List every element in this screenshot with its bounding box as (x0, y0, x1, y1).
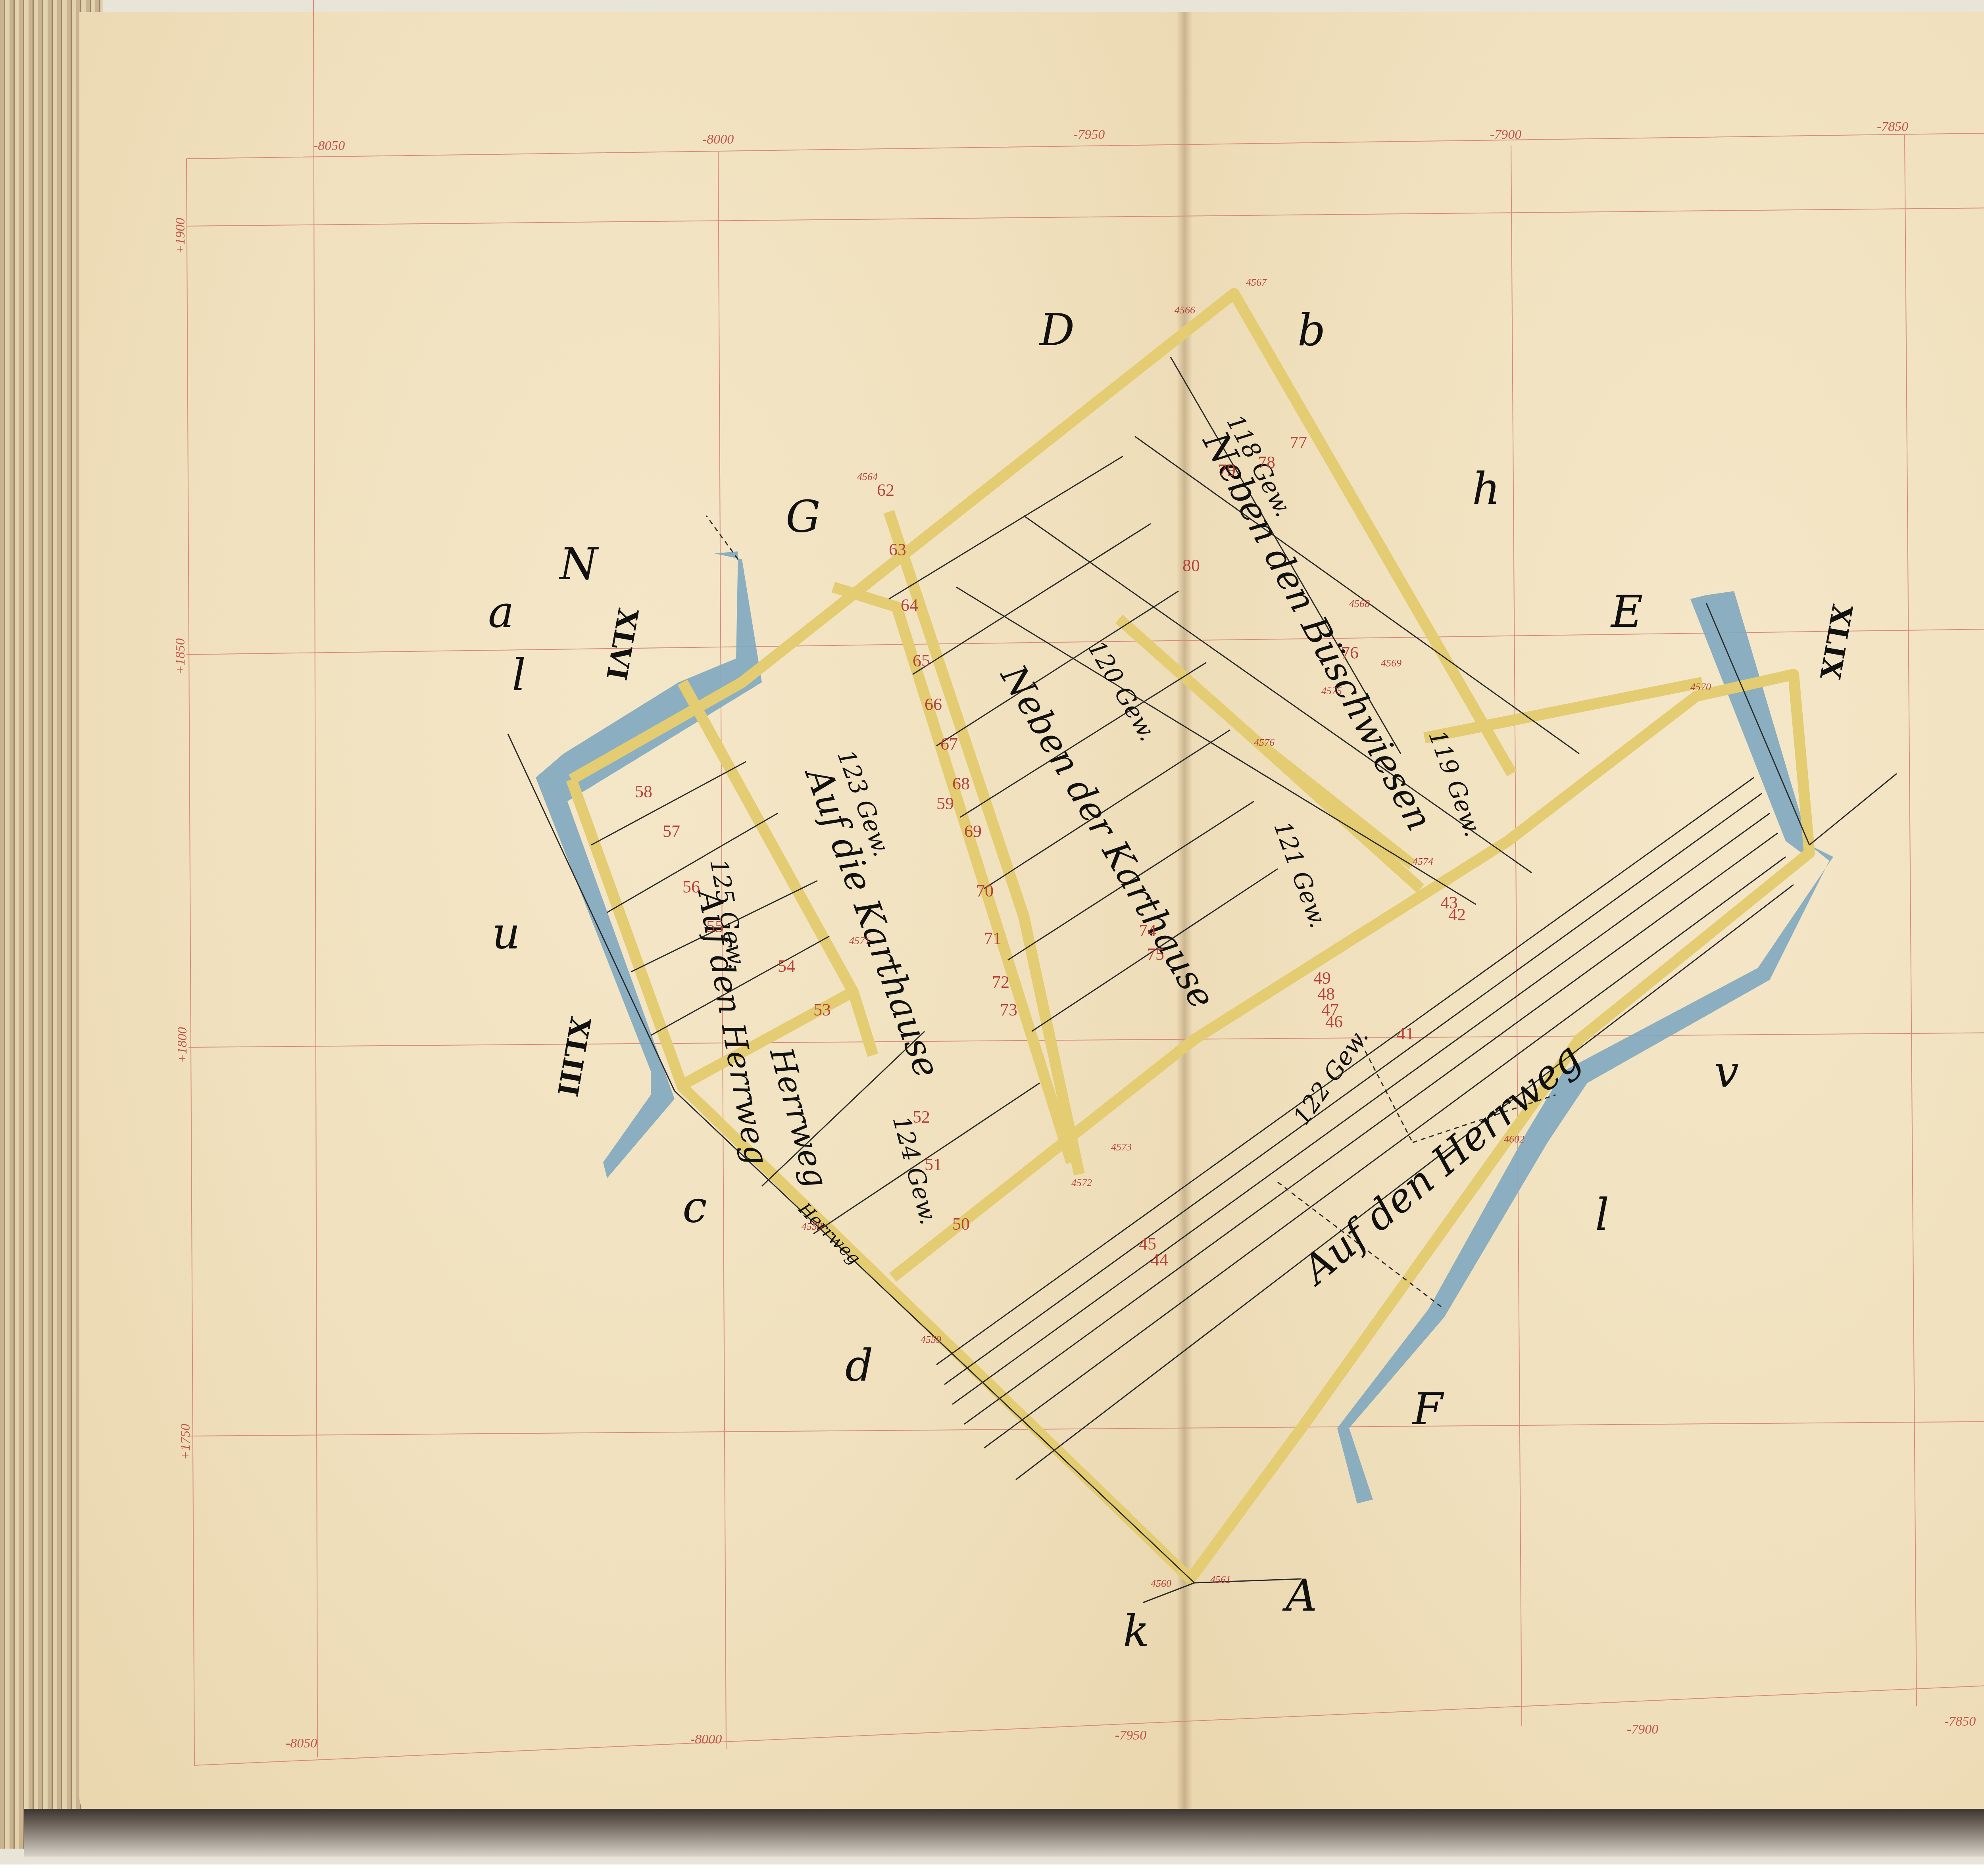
parcel-number: 43 (1440, 893, 1458, 912)
region-letter: A (1282, 1570, 1317, 1621)
cadastral-map: -8050 -8000 -7950 -7900 -7850 -8050 -800… (0, 0, 1984, 1864)
region-letter: b (1298, 305, 1325, 355)
parcel-number: 50 (952, 1214, 970, 1234)
grid-label-left: +1850 (173, 638, 188, 674)
region-letter: d (845, 1340, 873, 1391)
scanned-book-spread: -8050 -8000 -7950 -7900 -7850 -8050 -800… (0, 0, 1984, 1864)
northeast-stream (1690, 591, 1809, 853)
parcel-number: 55 (706, 917, 724, 936)
region-letter: a (488, 586, 514, 637)
grid-label-top: -7950 (1073, 127, 1105, 142)
survey-point: 4576 (1254, 737, 1275, 748)
field-area: 119 Gew. (1423, 726, 1487, 840)
survey-point: 4558 (802, 1221, 822, 1232)
parcel-number: 59 (936, 794, 954, 813)
survey-point: 4574 (1413, 856, 1433, 867)
parcel-number: 41 (1397, 1024, 1414, 1043)
region-letter: u (492, 908, 520, 958)
sheet-number: XLIX (1813, 602, 1859, 682)
parcel-number: 52 (913, 1107, 930, 1127)
survey-point: 4568 (1349, 598, 1370, 609)
parcel-number: 68 (952, 774, 970, 793)
parcel-number: 75 (1147, 945, 1164, 964)
field-area: 121 Gew. (1268, 818, 1332, 931)
field-name: Neben der Karthause (992, 657, 1223, 1016)
grid-label-left: +1750 (178, 1424, 193, 1460)
grid-label-top: -8050 (313, 138, 345, 153)
survey-point: 4573 (1111, 1141, 1132, 1153)
survey-point: 4566 (1175, 304, 1195, 316)
region-letter: v (1714, 1046, 1739, 1097)
region-letters: N G D b l E h k u c d F A v l a (488, 305, 1739, 1657)
survey-point: 4564 (857, 471, 878, 482)
parcel-number: 73 (1000, 1000, 1017, 1020)
survey-point: 4567 (1246, 277, 1267, 288)
parcel-number: 65 (913, 651, 930, 670)
region-letter: N (558, 539, 599, 589)
parcel-number: 64 (901, 595, 918, 615)
survey-point: 4561 (1210, 1574, 1231, 1585)
parcel-number: 80 (1182, 556, 1200, 575)
grid-label-bottom: -7950 (1115, 1728, 1146, 1743)
region-letter: D (1039, 305, 1075, 355)
grid-label-bottom: -8000 (690, 1732, 722, 1747)
field-name: Neben den Büschwiesen (1194, 424, 1440, 837)
parcel-number: 62 (877, 480, 894, 500)
region-letter: l (1595, 1189, 1609, 1240)
parcel-number: 66 (925, 695, 942, 714)
parcel-number: 76 (1341, 643, 1359, 662)
grid-label-top: -8000 (702, 132, 734, 147)
survey-point: 4572 (1071, 1177, 1092, 1189)
parcel-number: 51 (925, 1155, 942, 1174)
survey-point: 4602 (1504, 1133, 1525, 1145)
field-name-labels: Auf den Herrweg 125 Gew. Auf die Karthau… (690, 410, 1590, 1294)
survey-point: 4570 (1690, 681, 1711, 693)
survey-point: 4559 (921, 1334, 941, 1345)
grid-label-left: +1800 (175, 1027, 190, 1063)
field-area: 122 Gew. (1288, 1023, 1374, 1130)
region-letter: h (1472, 463, 1500, 514)
region-letter: c (682, 1181, 707, 1232)
grid-label-top: -7900 (1490, 127, 1521, 142)
sheet-number: XLVI (600, 606, 645, 683)
parcel-number: 69 (964, 822, 982, 841)
parcel-number: 54 (778, 956, 795, 976)
parcel-number: 71 (984, 929, 1002, 948)
survey-point: 4571 (849, 935, 870, 947)
survey-point: 4575 (1321, 685, 1342, 697)
parcel-number: 70 (976, 881, 994, 901)
road-name: Herrweg (794, 1198, 865, 1269)
parcel-number: 45 (1139, 1234, 1156, 1254)
grid-label-top: -7850 (1877, 119, 1908, 134)
parcel-number: 53 (813, 1000, 831, 1020)
survey-point: 4569 (1381, 657, 1401, 669)
grid-label-left: +1900 (173, 218, 188, 254)
grid-label-bottom: -7900 (1627, 1722, 1658, 1737)
survey-point: 4560 (1151, 1578, 1171, 1589)
parcel-number: 56 (682, 877, 700, 897)
parcel-number: 77 (1290, 433, 1307, 452)
coordinate-grid (186, 0, 1984, 1765)
region-letter: G (786, 491, 821, 542)
grid-label-bottom: -8050 (286, 1736, 317, 1751)
parcel-number: 72 (992, 972, 1009, 992)
region-letter: l (512, 650, 526, 701)
parcel-number: 58 (635, 782, 652, 801)
region-letter: k (1123, 1606, 1150, 1657)
region-letter: F (1412, 1384, 1444, 1434)
parcel-number: 74 (1139, 921, 1156, 940)
parcel-number: 63 (889, 540, 906, 559)
parcel-number: 49 (1313, 968, 1331, 988)
parcel-number: 79 (1218, 461, 1236, 480)
parcel-borders-yellow (571, 294, 1809, 1579)
parcel-number: 57 (663, 822, 680, 841)
grid-label-bottom: -7850 (1944, 1714, 1976, 1729)
region-letter: E (1610, 586, 1643, 637)
parcel-number: 67 (940, 734, 958, 754)
sheet-number: XLIII (551, 1014, 597, 1099)
parcel-number: 78 (1258, 453, 1275, 472)
